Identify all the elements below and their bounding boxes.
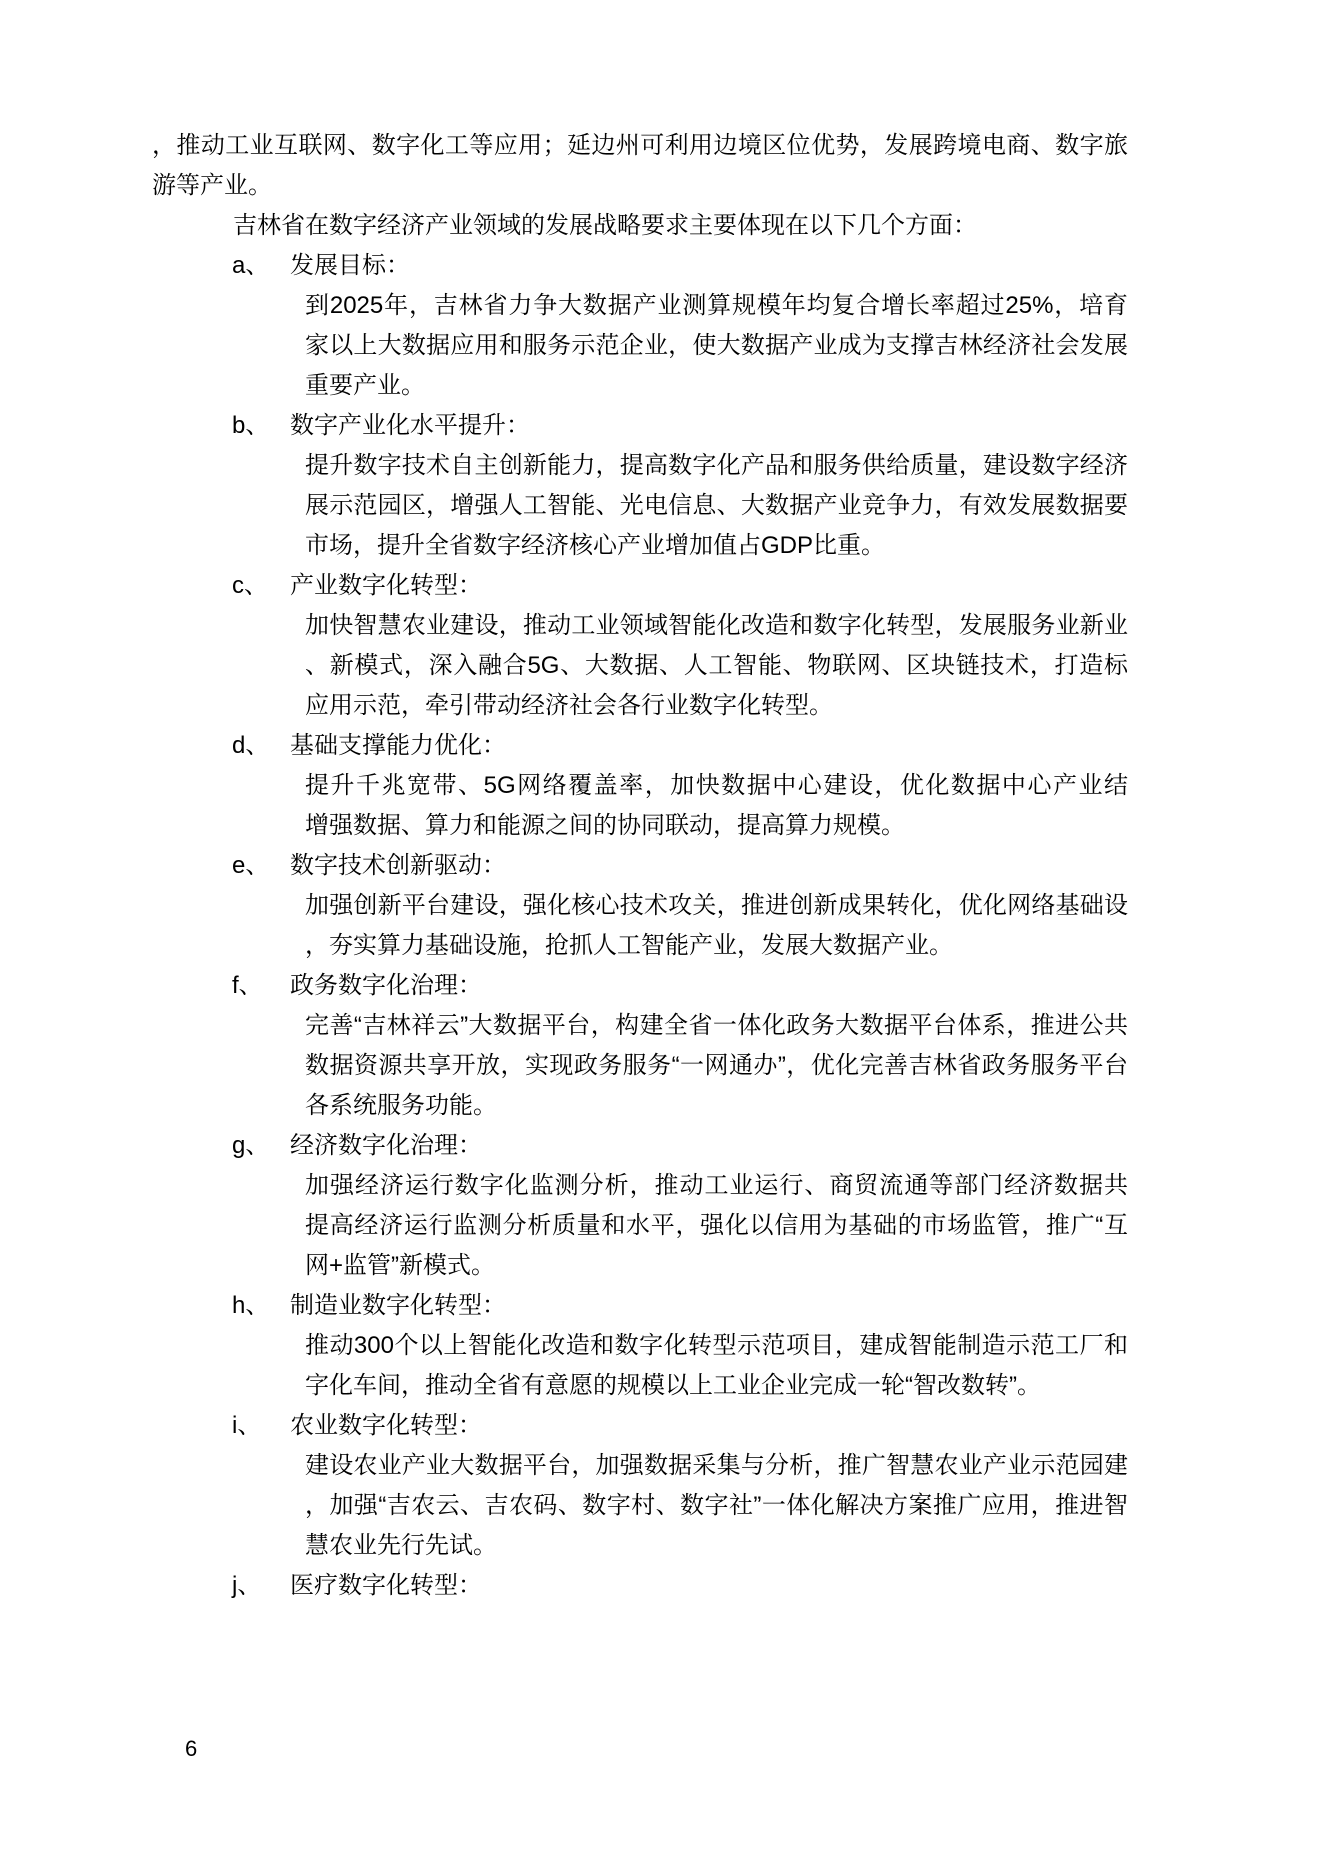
- item-heading: b、数字产业化水平提升：: [152, 406, 1128, 446]
- item-body-line: 各系统服务功能。: [305, 1086, 1128, 1126]
- strategy-list: a、发展目标： 到2025年，吉林省力争大数据产业测算规模年均复合增长率超过25…: [152, 246, 1128, 1606]
- item-heading: g、经济数字化治理：: [152, 1126, 1128, 1166]
- list-item: j、医疗数字化转型：: [152, 1566, 1128, 1606]
- item-body-line: 市场，提升全省数字经济核心产业增加值占GDP比重。: [305, 526, 1128, 566]
- item-body: 加强经济运行数字化监测分析，推动工业运行、商贸流通等部门经济数据共享，提高经济运…: [152, 1166, 1128, 1286]
- list-item: f、政务数字化治理： 完善“吉林祥云”大数据平台，构建全省一体化政务大数据平台体…: [152, 966, 1128, 1126]
- item-body-line: 网+监管”新模式。: [305, 1246, 1128, 1286]
- item-marker: j、: [232, 1566, 290, 1606]
- item-body-line: 完善“吉林祥云”大数据平台，构建全省一体化政务大数据平台体系，推进公共: [305, 1006, 1128, 1046]
- item-marker: d、: [232, 726, 290, 766]
- item-marker: f、: [232, 966, 290, 1006]
- item-marker: a、: [232, 246, 290, 286]
- item-marker: c、: [232, 566, 290, 606]
- item-heading: d、基础支撑能力优化：: [152, 726, 1128, 766]
- item-body: 完善“吉林祥云”大数据平台，构建全省一体化政务大数据平台体系，推进公共数据资源共…: [152, 1006, 1128, 1126]
- item-body-line: 增强数据、算力和能源之间的协同联动，提高算力规模。: [305, 806, 1128, 846]
- item-marker: b、: [232, 406, 290, 446]
- item-marker: g、: [232, 1126, 290, 1166]
- list-item: a、发展目标： 到2025年，吉林省力争大数据产业测算规模年均复合增长率超过25…: [152, 246, 1128, 406]
- lead-paragraph: 吉林省在数字经济产业领域的发展战略要求主要体现在以下几个方面：: [152, 206, 1128, 246]
- item-body-line: ，夯实算力基础设施，抢抓人工智能产业，发展大数据产业。: [305, 926, 1128, 966]
- item-heading: c、产业数字化转型：: [152, 566, 1128, 606]
- list-item: g、经济数字化治理： 加强经济运行数字化监测分析，推动工业运行、商贸流通等部门经…: [152, 1126, 1128, 1286]
- item-body: 推动300个以上智能化改造和数字化转型示范项目，建成智能制造示范工厂和数字化车间…: [152, 1326, 1128, 1406]
- item-marker: e、: [232, 846, 290, 886]
- item-title: 数字技术创新驱动：: [290, 852, 506, 879]
- list-item: d、基础支撑能力优化： 提升千兆宽带、5G网络覆盖率，加快数据中心建设，优化数据…: [152, 726, 1128, 846]
- item-title: 制造业数字化转型：: [290, 1292, 506, 1319]
- item-title: 基础支撑能力优化：: [290, 732, 506, 759]
- item-title: 发展目标：: [290, 252, 410, 279]
- item-body: 建设农业产业大数据平台，加强数据采集与分析，推广智慧农业产业示范园建设，加强“吉…: [152, 1446, 1128, 1566]
- item-body-line: 应用示范，牵引带动经济社会各行业数字化转型。: [305, 686, 1128, 726]
- item-heading: i、农业数字化转型：: [152, 1406, 1128, 1446]
- item-body: 提升千兆宽带、5G网络覆盖率，加快数据中心建设，优化数据中心产业结构，增强数据、…: [152, 766, 1128, 846]
- item-body-line: 加快智慧农业建设，推动工业领域智能化改造和数字化转型，发展服务业新业态: [305, 606, 1128, 646]
- item-body-line: 建设农业产业大数据平台，加强数据采集与分析，推广智慧农业产业示范园建设: [305, 1446, 1128, 1486]
- list-item: h、制造业数字化转型： 推动300个以上智能化改造和数字化转型示范项目，建成智能…: [152, 1286, 1128, 1406]
- item-body-line: 、新模式，深入融合5G、大数据、人工智能、物联网、区块链技术，打造标杆: [305, 646, 1128, 686]
- item-title: 政务数字化治理：: [290, 972, 482, 999]
- item-title: 经济数字化治理：: [290, 1132, 482, 1159]
- item-heading: f、政务数字化治理：: [152, 966, 1128, 1006]
- item-heading: j、医疗数字化转型：: [152, 1566, 1128, 1606]
- page-number: 6: [185, 1736, 197, 1762]
- intro-line: 游等产业。: [152, 166, 1128, 206]
- item-title: 产业数字化转型：: [290, 572, 482, 599]
- item-title: 农业数字化转型：: [290, 1412, 482, 1439]
- item-heading: h、制造业数字化转型：: [152, 1286, 1128, 1326]
- intro-line: ，推动工业互联网、数字化工等应用；延边州可利用边境区位优势，发展跨境电商、数字旅: [152, 126, 1128, 166]
- list-item: b、数字产业化水平提升： 提升数字技术自主创新能力，提高数字化产品和服务供给质量…: [152, 406, 1128, 566]
- item-body-line: 加强创新平台建设，强化核心技术攻关，推进创新成果转化，优化网络基础设施: [305, 886, 1128, 926]
- item-body-line: 数据资源共享开放，实现政务服务“一网通办”，优化完善吉林省政务服务平台: [305, 1046, 1128, 1086]
- item-body-line: 家以上大数据应用和服务示范企业，使大数据产业成为支撑吉林经济社会发展的: [305, 326, 1128, 366]
- list-item: c、产业数字化转型： 加快智慧农业建设，推动工业领域智能化改造和数字化转型，发展…: [152, 566, 1128, 726]
- item-body-line: 到2025年，吉林省力争大数据产业测算规模年均复合增长率超过25%，培育50: [305, 286, 1128, 326]
- page-content: ，推动工业互联网、数字化工等应用；延边州可利用边境区位优势，发展跨境电商、数字旅…: [152, 126, 1128, 1606]
- item-body-line: 提升千兆宽带、5G网络覆盖率，加快数据中心建设，优化数据中心产业结构，: [305, 766, 1128, 806]
- item-body-line: 推动300个以上智能化改造和数字化转型示范项目，建成智能制造示范工厂和数: [305, 1326, 1128, 1366]
- item-body-line: 字化车间，推动全省有意愿的规模以上工业企业完成一轮“智改数转”。: [305, 1366, 1128, 1406]
- item-body-line: 提高经济运行监测分析质量和水平，强化以信用为基础的市场监管，推广“互联: [305, 1206, 1128, 1246]
- item-body-line: 慧农业先行先试。: [305, 1526, 1128, 1566]
- item-body: 加快智慧农业建设，推动工业领域智能化改造和数字化转型，发展服务业新业态、新模式，…: [152, 606, 1128, 726]
- item-body: 到2025年，吉林省力争大数据产业测算规模年均复合增长率超过25%，培育50家以…: [152, 286, 1128, 406]
- item-body-line: ，加强“吉农云、吉农码、数字村、数字社”一体化解决方案推广应用，推进智: [305, 1486, 1128, 1526]
- item-body-line: 加强经济运行数字化监测分析，推动工业运行、商贸流通等部门经济数据共享，: [305, 1166, 1128, 1206]
- item-marker: i、: [232, 1406, 290, 1446]
- item-heading: a、发展目标：: [152, 246, 1128, 286]
- list-item: e、数字技术创新驱动： 加强创新平台建设，强化核心技术攻关，推进创新成果转化，优…: [152, 846, 1128, 966]
- item-body-line: 展示范园区，增强人工智能、光电信息、大数据产业竞争力，有效发展数据要素: [305, 486, 1128, 526]
- item-body-line: 提升数字技术自主创新能力，提高数字化产品和服务供给质量，建设数字经济发: [305, 446, 1128, 486]
- item-title: 医疗数字化转型：: [290, 1572, 482, 1599]
- item-title: 数字产业化水平提升：: [290, 412, 530, 439]
- item-body: 提升数字技术自主创新能力，提高数字化产品和服务供给质量，建设数字经济发展示范园区…: [152, 446, 1128, 566]
- item-body-line: 重要产业。: [305, 366, 1128, 406]
- item-body: 加强创新平台建设，强化核心技术攻关，推进创新成果转化，优化网络基础设施，夯实算力…: [152, 886, 1128, 966]
- item-marker: h、: [232, 1286, 290, 1326]
- list-item: i、农业数字化转型： 建设农业产业大数据平台，加强数据采集与分析，推广智慧农业产…: [152, 1406, 1128, 1566]
- document-page: ，推动工业互联网、数字化工等应用；延边州可利用边境区位优势，发展跨境电商、数字旅…: [0, 0, 1323, 1871]
- item-heading: e、数字技术创新驱动：: [152, 846, 1128, 886]
